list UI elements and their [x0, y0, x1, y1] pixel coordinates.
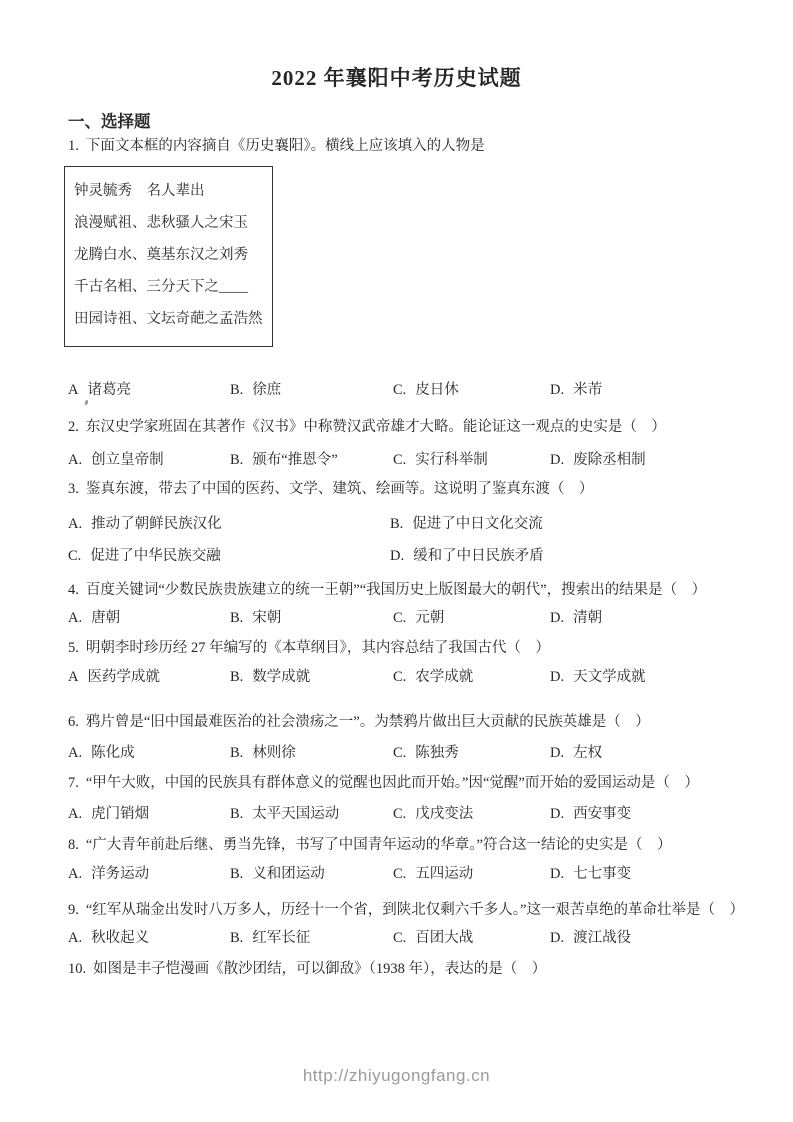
textbox-line-5: 田园诗祖、文坛奇葩之孟浩然 [74, 303, 272, 335]
option-c-text: 陈独秀 [415, 745, 459, 761]
question-1-text: 下面文本框的内容摘自《历史襄阳》。横线上应该填入的人物是 [86, 138, 485, 154]
question-1-options: A诸葛亮 B.徐庶 C.皮日休 D.米芾 [0, 380, 793, 400]
option-a: A诸葛亮 [68, 380, 131, 400]
question-8: 8.“广大青年前赴后继、勇当先锋，书写了中国青年运动的华章。”符合这一结论的史实… [68, 835, 672, 855]
question-5-options: A医药学成就 B.数学成就 C.农学成就 D.天文学成就 [0, 667, 793, 687]
option-a: A.虎门销烟 [68, 804, 149, 824]
option-b-label: B. [230, 930, 243, 946]
option-a-text: 推动了朝鲜民族汉化 [91, 516, 222, 532]
option-a: A医药学成就 [68, 667, 160, 687]
watermark-url: http://zhiyugongfang.cn [0, 1066, 793, 1086]
option-a-text: 诸葛亮 [87, 382, 131, 398]
option-a-label: A. [68, 866, 82, 882]
option-d-label: D. [550, 382, 564, 398]
option-c-label: C. [393, 452, 406, 468]
option-b-text: 颁布“推恩令” [252, 452, 337, 468]
question-6-number: 6. [68, 714, 79, 730]
option-b-text: 红军长征 [252, 930, 310, 946]
option-b-text: 义和团运动 [252, 866, 325, 882]
option-d-text: 天文学成就 [573, 669, 646, 685]
option-d-text: 米芾 [573, 382, 602, 398]
option-b-label: B. [230, 452, 243, 468]
option-b: B.林则徐 [230, 743, 296, 763]
question-2-text: 东汉史学家班固在其著作《汉书》中称赞汉武帝雄才大略。能论证这一观点的史实是（ ） [86, 419, 666, 435]
option-b-text: 宋朝 [252, 610, 281, 626]
question-3-number: 3. [68, 481, 79, 497]
option-d-label: D. [550, 806, 564, 822]
option-b-label: B. [390, 516, 403, 532]
option-c-text: 实行科举制 [415, 452, 488, 468]
question-2: 2.东汉史学家班固在其著作《汉书》中称赞汉武帝雄才大略。能论证这一观点的史实是（… [68, 417, 666, 437]
option-d-text: 废除丞相制 [573, 452, 646, 468]
question-7-options: A.虎门销烟 B.太平天国运动 C.戊戌变法 D.西安事变 [0, 804, 793, 824]
option-b: B.太平天国运动 [230, 804, 339, 824]
option-d-label: D. [550, 745, 564, 761]
option-a-text: 洋务运动 [91, 866, 149, 882]
textbox-line-2: 浪漫赋祖、悲秋骚人之宋玉 [74, 207, 272, 239]
textbox-line-4: 千古名相、三分天下之____ [74, 271, 272, 303]
option-c-label: C. [393, 382, 406, 398]
option-a-text: 医药学成就 [87, 669, 160, 685]
question-9-text: “红军从瑞金出发时八万多人，历经十一个省，到陕北仅剩六千多人。”这一艰苦卓绝的革… [86, 902, 744, 918]
textbox-line-1: 钟灵毓秀 名人辈出 [74, 175, 272, 207]
option-c-text: 皮日休 [415, 382, 459, 398]
question-10-text: 如图是丰子恺漫画《散沙团结，可以御敌》（1938 年），表达的是（ ） [93, 961, 546, 977]
option-a: A.洋务运动 [68, 864, 149, 884]
question-4: 4.百度关键词“少数民族贵族建立的统一王朝”“我国历史上版图最大的朝代”，搜索出… [68, 580, 706, 600]
option-d: D.天文学成就 [550, 667, 646, 687]
option-d: D.七七事变 [550, 864, 631, 884]
option-c-label: C. [393, 806, 406, 822]
question-5: 5.明朝李时珍历经 27 年编写的《本草纲目》，其内容总结了我国古代（ ） [68, 638, 550, 658]
question-9-options: A.秋收起义 B.红军长征 C.百团大战 D.渡江战役 [0, 928, 793, 948]
option-b-text: 促进了中日文化交流 [412, 516, 543, 532]
option-d-label: D. [550, 669, 564, 685]
option-a-label: A. [68, 452, 82, 468]
question-3-options-row-2: C.促进了中华民族交融 D.缓和了中日民族矛盾 [0, 546, 793, 566]
option-a-label: A. [68, 516, 82, 532]
question-5-text: 明朝李时珍历经 27 年编写的《本草纲目》，其内容总结了我国古代（ ） [86, 640, 550, 656]
question-6-options: A.陈化成 B.林则徐 C.陈独秀 D.左权 [0, 743, 793, 763]
option-a-text: 秋收起义 [91, 930, 149, 946]
question-7-number: 7. [68, 775, 79, 791]
option-c: C.戊戌变法 [393, 804, 473, 824]
option-d: D.左权 [550, 743, 602, 763]
option-a-label: A [68, 382, 78, 398]
option-b-label: B. [230, 806, 243, 822]
exam-document-page: 2022 年襄阳中考历史试题 一、选择题 1.下面文本框的内容摘自《历史襄阳》。… [0, 0, 793, 1122]
option-c: C.五四运动 [393, 864, 473, 884]
option-b-label: B. [230, 669, 243, 685]
question-6: 6.鸦片曾是“旧中国最难医治的社会溃疡之一”。为禁鸦片做出巨大贡献的民族英雄是（… [68, 712, 650, 732]
option-c-label: C. [393, 610, 406, 626]
option-b-text: 太平天国运动 [252, 806, 339, 822]
option-a-text: 虎门销烟 [91, 806, 149, 822]
question-10: 10.如图是丰子恺漫画《散沙团结，可以御敌》（1938 年），表达的是（ ） [68, 959, 546, 979]
option-b-label: B. [230, 745, 243, 761]
option-d-text: 左权 [573, 745, 602, 761]
option-d-label: D. [550, 452, 564, 468]
option-d: D.缓和了中日民族矛盾 [390, 546, 544, 566]
option-b: B.义和团运动 [230, 864, 325, 884]
question-9-number: 9. [68, 902, 79, 918]
question-4-text: 百度关键词“少数民族贵族建立的统一王朝”“我国历史上版图最大的朝代”，搜索出的结… [86, 582, 706, 598]
option-d: D.米芾 [550, 380, 602, 400]
option-c: C.百团大战 [393, 928, 473, 948]
option-d-text: 清朝 [573, 610, 602, 626]
question-8-text: “广大青年前赴后继、勇当先锋，书写了中国青年运动的华章。”符合这一结论的史实是（… [86, 837, 672, 853]
option-d: D.渡江战役 [550, 928, 631, 948]
option-b: B.徐庶 [230, 380, 281, 400]
option-a-label: A [68, 669, 78, 685]
option-d-text: 七七事变 [573, 866, 631, 882]
question-2-number: 2. [68, 419, 79, 435]
question-1: 1.下面文本框的内容摘自《历史襄阳》。横线上应该填入的人物是 [68, 136, 485, 156]
option-a-label: A. [68, 610, 82, 626]
option-c-text: 农学成就 [415, 669, 473, 685]
option-b: B.数学成就 [230, 667, 310, 687]
question-8-options: A.洋务运动 B.义和团运动 C.五四运动 D.七七事变 [0, 864, 793, 884]
option-a-label: A. [68, 745, 82, 761]
question-4-options: A.唐朝 B.宋朝 C.元朝 D.清朝 [0, 608, 793, 628]
option-c-label: C. [393, 745, 406, 761]
option-c: C.皮日休 [393, 380, 459, 400]
option-c-text: 促进了中华民族交融 [90, 548, 221, 564]
option-c: C.陈独秀 [393, 743, 459, 763]
option-a: A.陈化成 [68, 743, 135, 763]
option-b-label: B. [230, 866, 243, 882]
option-b: B.宋朝 [230, 608, 281, 628]
option-d-text: 西安事变 [573, 806, 631, 822]
option-c-text: 戊戌变法 [415, 806, 473, 822]
option-c: C.促进了中华民族交融 [68, 546, 221, 566]
option-a: A.唐朝 [68, 608, 120, 628]
option-c-text: 元朝 [415, 610, 444, 626]
option-a: A.秋收起义 [68, 928, 149, 948]
option-c-label: C. [68, 548, 81, 564]
option-c-text: 百团大战 [415, 930, 473, 946]
question-3-text: 鉴真东渡，带去了中国的医药、文学、建筑、绘画等。这说明了鉴真东渡（ ） [86, 481, 594, 497]
option-d-text: 缓和了中日民族矛盾 [413, 548, 544, 564]
section-heading: 一、选择题 [68, 108, 151, 132]
option-a: A.推动了朝鲜民族汉化 [68, 514, 222, 534]
question-4-number: 4. [68, 582, 79, 598]
option-d-label: D. [390, 548, 404, 564]
option-c: C.农学成就 [393, 667, 473, 687]
option-a-label: A. [68, 806, 82, 822]
option-d-text: 渡江战役 [573, 930, 631, 946]
question-6-text: 鸦片曾是“旧中国最难医治的社会溃疡之一”。为禁鸦片做出巨大贡献的民族英雄是（ ） [86, 714, 650, 730]
option-d: D.清朝 [550, 608, 602, 628]
option-d: D.西安事变 [550, 804, 631, 824]
option-c: C.元朝 [393, 608, 444, 628]
question-10-number: 10. [68, 961, 86, 977]
option-a-text: 创立皇帝制 [91, 452, 164, 468]
question-9: 9.“红军从瑞金出发时八万多人，历经十一个省，到陕北仅剩六千多人。”这一艰苦卓绝… [68, 900, 744, 920]
option-c-label: C. [393, 866, 406, 882]
question-7-text: “甲午大败，中国的民族具有群体意义的觉醒也因此而开始。”因“觉醒”而开始的爱国运… [86, 775, 699, 791]
option-b-label: B. [230, 382, 243, 398]
option-a-text: 陈化成 [91, 745, 135, 761]
question-2-options: A.创立皇帝制 B.颁布“推恩令” C.实行科举制 D.废除丞相制 [0, 450, 793, 470]
option-d: D.废除丞相制 [550, 450, 646, 470]
question-1-number: 1. [68, 138, 79, 154]
option-b-label: B. [230, 610, 243, 626]
option-b-text: 数学成就 [252, 669, 310, 685]
option-a-text: 唐朝 [91, 610, 120, 626]
page-title: 2022 年襄阳中考历史试题 [0, 62, 793, 92]
option-c-text: 五四运动 [415, 866, 473, 882]
option-b: B.促进了中日文化交流 [390, 514, 543, 534]
scan-speck [84, 400, 88, 406]
option-b-text: 徐庶 [252, 382, 281, 398]
question-8-number: 8. [68, 837, 79, 853]
option-b-text: 林则徐 [252, 745, 296, 761]
question-1-textbox: 钟灵毓秀 名人辈出 浪漫赋祖、悲秋骚人之宋玉 龙腾白水、奠基东汉之刘秀 千古名相… [64, 166, 273, 347]
option-c-label: C. [393, 930, 406, 946]
option-a: A.创立皇帝制 [68, 450, 164, 470]
option-c: C.实行科举制 [393, 450, 488, 470]
option-c-label: C. [393, 669, 406, 685]
question-3: 3.鉴真东渡，带去了中国的医药、文学、建筑、绘画等。这说明了鉴真东渡（ ） [68, 479, 593, 499]
option-b: B.红军长征 [230, 928, 310, 948]
option-d-label: D. [550, 866, 564, 882]
question-5-number: 5. [68, 640, 79, 656]
option-a-label: A. [68, 930, 82, 946]
question-7: 7.“甲午大败，中国的民族具有群体意义的觉醒也因此而开始。”因“觉醒”而开始的爱… [68, 773, 699, 793]
option-b: B.颁布“推恩令” [230, 450, 338, 470]
option-d-label: D. [550, 610, 564, 626]
option-d-label: D. [550, 930, 564, 946]
textbox-line-3: 龙腾白水、奠基东汉之刘秀 [74, 239, 272, 271]
question-3-options-row-1: A.推动了朝鲜民族汉化 B.促进了中日文化交流 [0, 514, 793, 534]
